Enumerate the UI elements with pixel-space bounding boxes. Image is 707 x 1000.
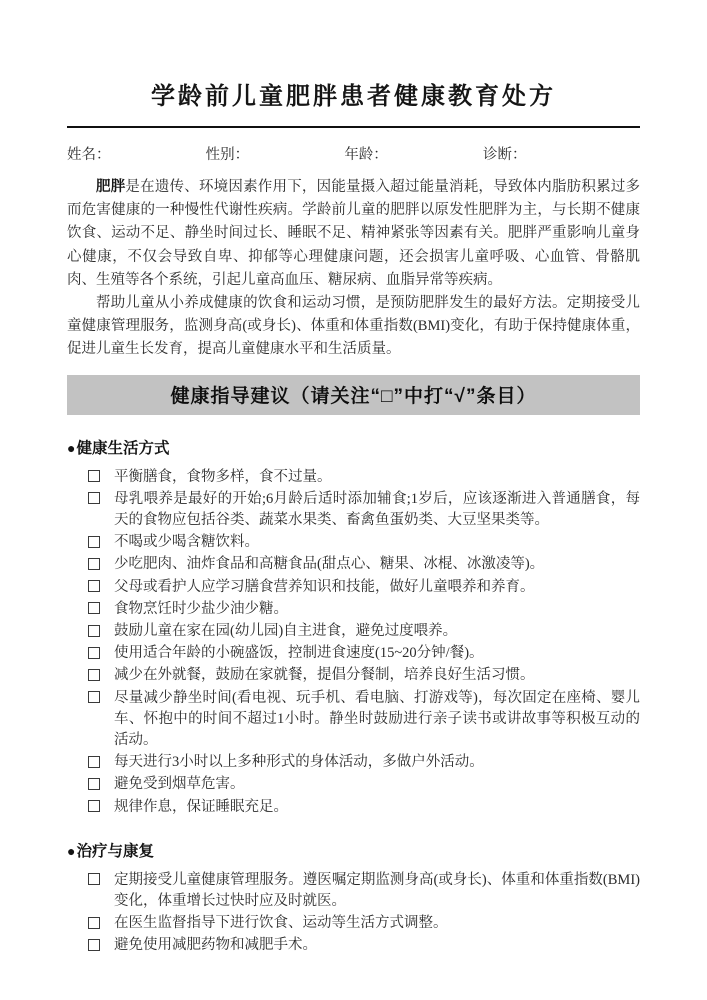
checklist-item-text: 食物烹饪时少盐少油少糖。 xyxy=(114,599,288,620)
checklist-item-text: 少吃肥肉、油炸食品和高糖食品(甜点心、糖果、冰棍、冰激凌等)。 xyxy=(114,554,544,575)
section-heading-label: 健康生活方式 xyxy=(76,440,169,457)
bullet-icon: ● xyxy=(67,843,75,859)
checkbox[interactable] xyxy=(88,939,100,951)
patient-info-row: 姓名： 性别： 年龄： 诊断： xyxy=(67,143,640,164)
name-field-label: 姓名： xyxy=(67,143,206,164)
age-field-label: 年龄： xyxy=(344,143,483,164)
intro-paragraph-2: 帮助儿童从小养成健康的饮食和运动习惯，是预防肥胖发生的最好方法。定期接受儿童健康… xyxy=(67,292,640,362)
checkbox[interactable] xyxy=(88,778,100,790)
checkbox[interactable] xyxy=(88,800,100,812)
checklist-item-text: 父母或看护人应学习膳食营养知识和技能，做好儿童喂养和养育。 xyxy=(114,577,535,598)
checklist: 平衡膳食，食物多样，食不过量。 母乳喂养是最好的开始;6月龄后适时添加辅食;1岁… xyxy=(67,467,640,818)
diagnosis-field-label: 诊断： xyxy=(483,143,640,164)
checkbox[interactable] xyxy=(88,669,100,681)
checkbox[interactable] xyxy=(88,917,100,929)
checkbox[interactable] xyxy=(88,691,100,703)
checklist-item: 避免受到烟草危害。 xyxy=(88,774,640,795)
checkbox[interactable] xyxy=(88,756,100,768)
title-divider xyxy=(67,126,640,128)
checkbox[interactable] xyxy=(88,580,100,592)
checkbox[interactable] xyxy=(88,558,100,570)
checklist-item-text: 鼓励儿童在家在园(幼儿园)自主进食，避免过度喂养。 xyxy=(114,621,457,642)
checklist-item-text: 平衡膳食，食物多样，食不过量。 xyxy=(114,467,332,488)
section-heading-label: 治疗与康复 xyxy=(76,843,154,860)
checklist-item: 少吃肥肉、油炸食品和高糖食品(甜点心、糖果、冰棍、冰激凌等)。 xyxy=(88,554,640,575)
intro-paragraph-1: 肥胖是在遗传、环境因素作用下，因能量摄入超过能量消耗，导致体内脂肪积累过多而危害… xyxy=(67,176,640,292)
intro-section: 肥胖是在遗传、环境因素作用下，因能量摄入超过能量消耗，导致体内脂肪积累过多而危害… xyxy=(67,176,640,362)
checklist-item-text: 减少在外就餐，鼓励在家就餐，提倡分餐制，培养良好生活习惯。 xyxy=(114,665,535,686)
checklist-item: 减少在外就餐，鼓励在家就餐，提倡分餐制，培养良好生活习惯。 xyxy=(88,665,640,686)
checklist-item-text: 避免使用减肥药物和减肥手术。 xyxy=(114,935,317,956)
section-heading: ●治疗与康复 xyxy=(67,839,640,861)
section-heading: ●健康生活方式 xyxy=(67,436,640,458)
checklist-item-text: 避免受到烟草危害。 xyxy=(114,774,245,795)
checklist-item: 尽量减少静坐时间(看电视、玩手机、看电脑、打游戏等)，每次固定在座椅、婴儿车、怀… xyxy=(88,688,640,752)
checklist-item: 规律作息，保证睡眠充足。 xyxy=(88,797,640,818)
checkbox[interactable] xyxy=(88,536,100,548)
checkbox[interactable] xyxy=(88,873,100,885)
checklist-item: 不喝或少喝含糖饮料。 xyxy=(88,532,640,553)
gender-field-label: 性别： xyxy=(206,143,345,164)
checklist: 定期接受儿童健康管理服务。遵医嘱定期监测身高(或身长)、体重和体重指数(BMI)… xyxy=(67,870,640,957)
checklist-item: 食物烹饪时少盐少油少糖。 xyxy=(88,599,640,620)
intro-lead-term: 肥胖 xyxy=(96,179,125,195)
document-page: 学龄前儿童肥胖患者健康教育处方 姓名： 性别： 年龄： 诊断： 肥胖是在遗传、环… xyxy=(0,0,707,1000)
intro-paragraph-1-text: 是在遗传、环境因素作用下，因能量摄入超过能量消耗，导致体内脂肪积累过多而危害健康… xyxy=(67,179,640,288)
checklist-item: 每天进行3小时以上多种形式的身体活动，多做户外活动。 xyxy=(88,752,640,773)
page-title: 学龄前儿童肥胖患者健康教育处方 xyxy=(67,76,640,111)
bullet-icon: ● xyxy=(67,440,75,456)
sections: ●健康生活方式 平衡膳食，食物多样，食不过量。 母乳喂养是最好的开始;6月龄后适… xyxy=(67,436,640,957)
checklist-item: 避免使用减肥药物和减肥手术。 xyxy=(88,935,640,956)
checklist-item-text: 定期接受儿童健康管理服务。遵医嘱定期监测身高(或身长)、体重和体重指数(BMI)… xyxy=(114,870,640,912)
checklist-item: 在医生监督指导下进行饮食、运动等生活方式调整。 xyxy=(88,913,640,934)
checklist-item-text: 规律作息，保证睡眠充足。 xyxy=(114,797,288,818)
checklist-item-text: 母乳喂养是最好的开始;6月龄后适时添加辅食;1岁后，应该逐渐进入普通膳食，每天的… xyxy=(114,489,640,531)
checkbox[interactable] xyxy=(88,647,100,659)
checklist-item-text: 每天进行3小时以上多种形式的身体活动，多做户外活动。 xyxy=(114,752,484,773)
checklist-item: 父母或看护人应学习膳食营养知识和技能，做好儿童喂养和养育。 xyxy=(88,577,640,598)
checklist-item-text: 使用适合年龄的小碗盛饭，控制进食速度(15~20分钟/餐)。 xyxy=(114,643,484,664)
checkbox[interactable] xyxy=(88,470,100,482)
checklist-item: 鼓励儿童在家在园(幼儿园)自主进食，避免过度喂养。 xyxy=(88,621,640,642)
checklist-item: 定期接受儿童健康管理服务。遵医嘱定期监测身高(或身长)、体重和体重指数(BMI)… xyxy=(88,870,640,912)
checklist-item: 使用适合年龄的小碗盛饭，控制进食速度(15~20分钟/餐)。 xyxy=(88,643,640,664)
checkbox[interactable] xyxy=(88,492,100,504)
checklist-section: ●健康生活方式 平衡膳食，食物多样，食不过量。 母乳喂养是最好的开始;6月龄后适… xyxy=(67,436,640,818)
checklist-item-text: 尽量减少静坐时间(看电视、玩手机、看电脑、打游戏等)，每次固定在座椅、婴儿车、怀… xyxy=(114,688,640,752)
checklist-item: 平衡膳食，食物多样，食不过量。 xyxy=(88,467,640,488)
intro-paragraph-2-text: 帮助儿童从小养成健康的饮食和运动习惯，是预防肥胖发生的最好方法。定期接受儿童健康… xyxy=(67,295,640,357)
checklist-item: 母乳喂养是最好的开始;6月龄后适时添加辅食;1岁后，应该逐渐进入普通膳食，每天的… xyxy=(88,489,640,531)
checkbox[interactable] xyxy=(88,625,100,637)
checklist-item-text: 不喝或少喝含糖饮料。 xyxy=(114,532,259,553)
checklist-section: ●治疗与康复 定期接受儿童健康管理服务。遵医嘱定期监测身高(或身长)、体重和体重… xyxy=(67,839,640,957)
checkbox[interactable] xyxy=(88,602,100,614)
section-banner: 健康指导建议（请关注“□”中打“√”条目） xyxy=(67,375,640,415)
checklist-item-text: 在医生监督指导下进行饮食、运动等生活方式调整。 xyxy=(114,913,448,934)
